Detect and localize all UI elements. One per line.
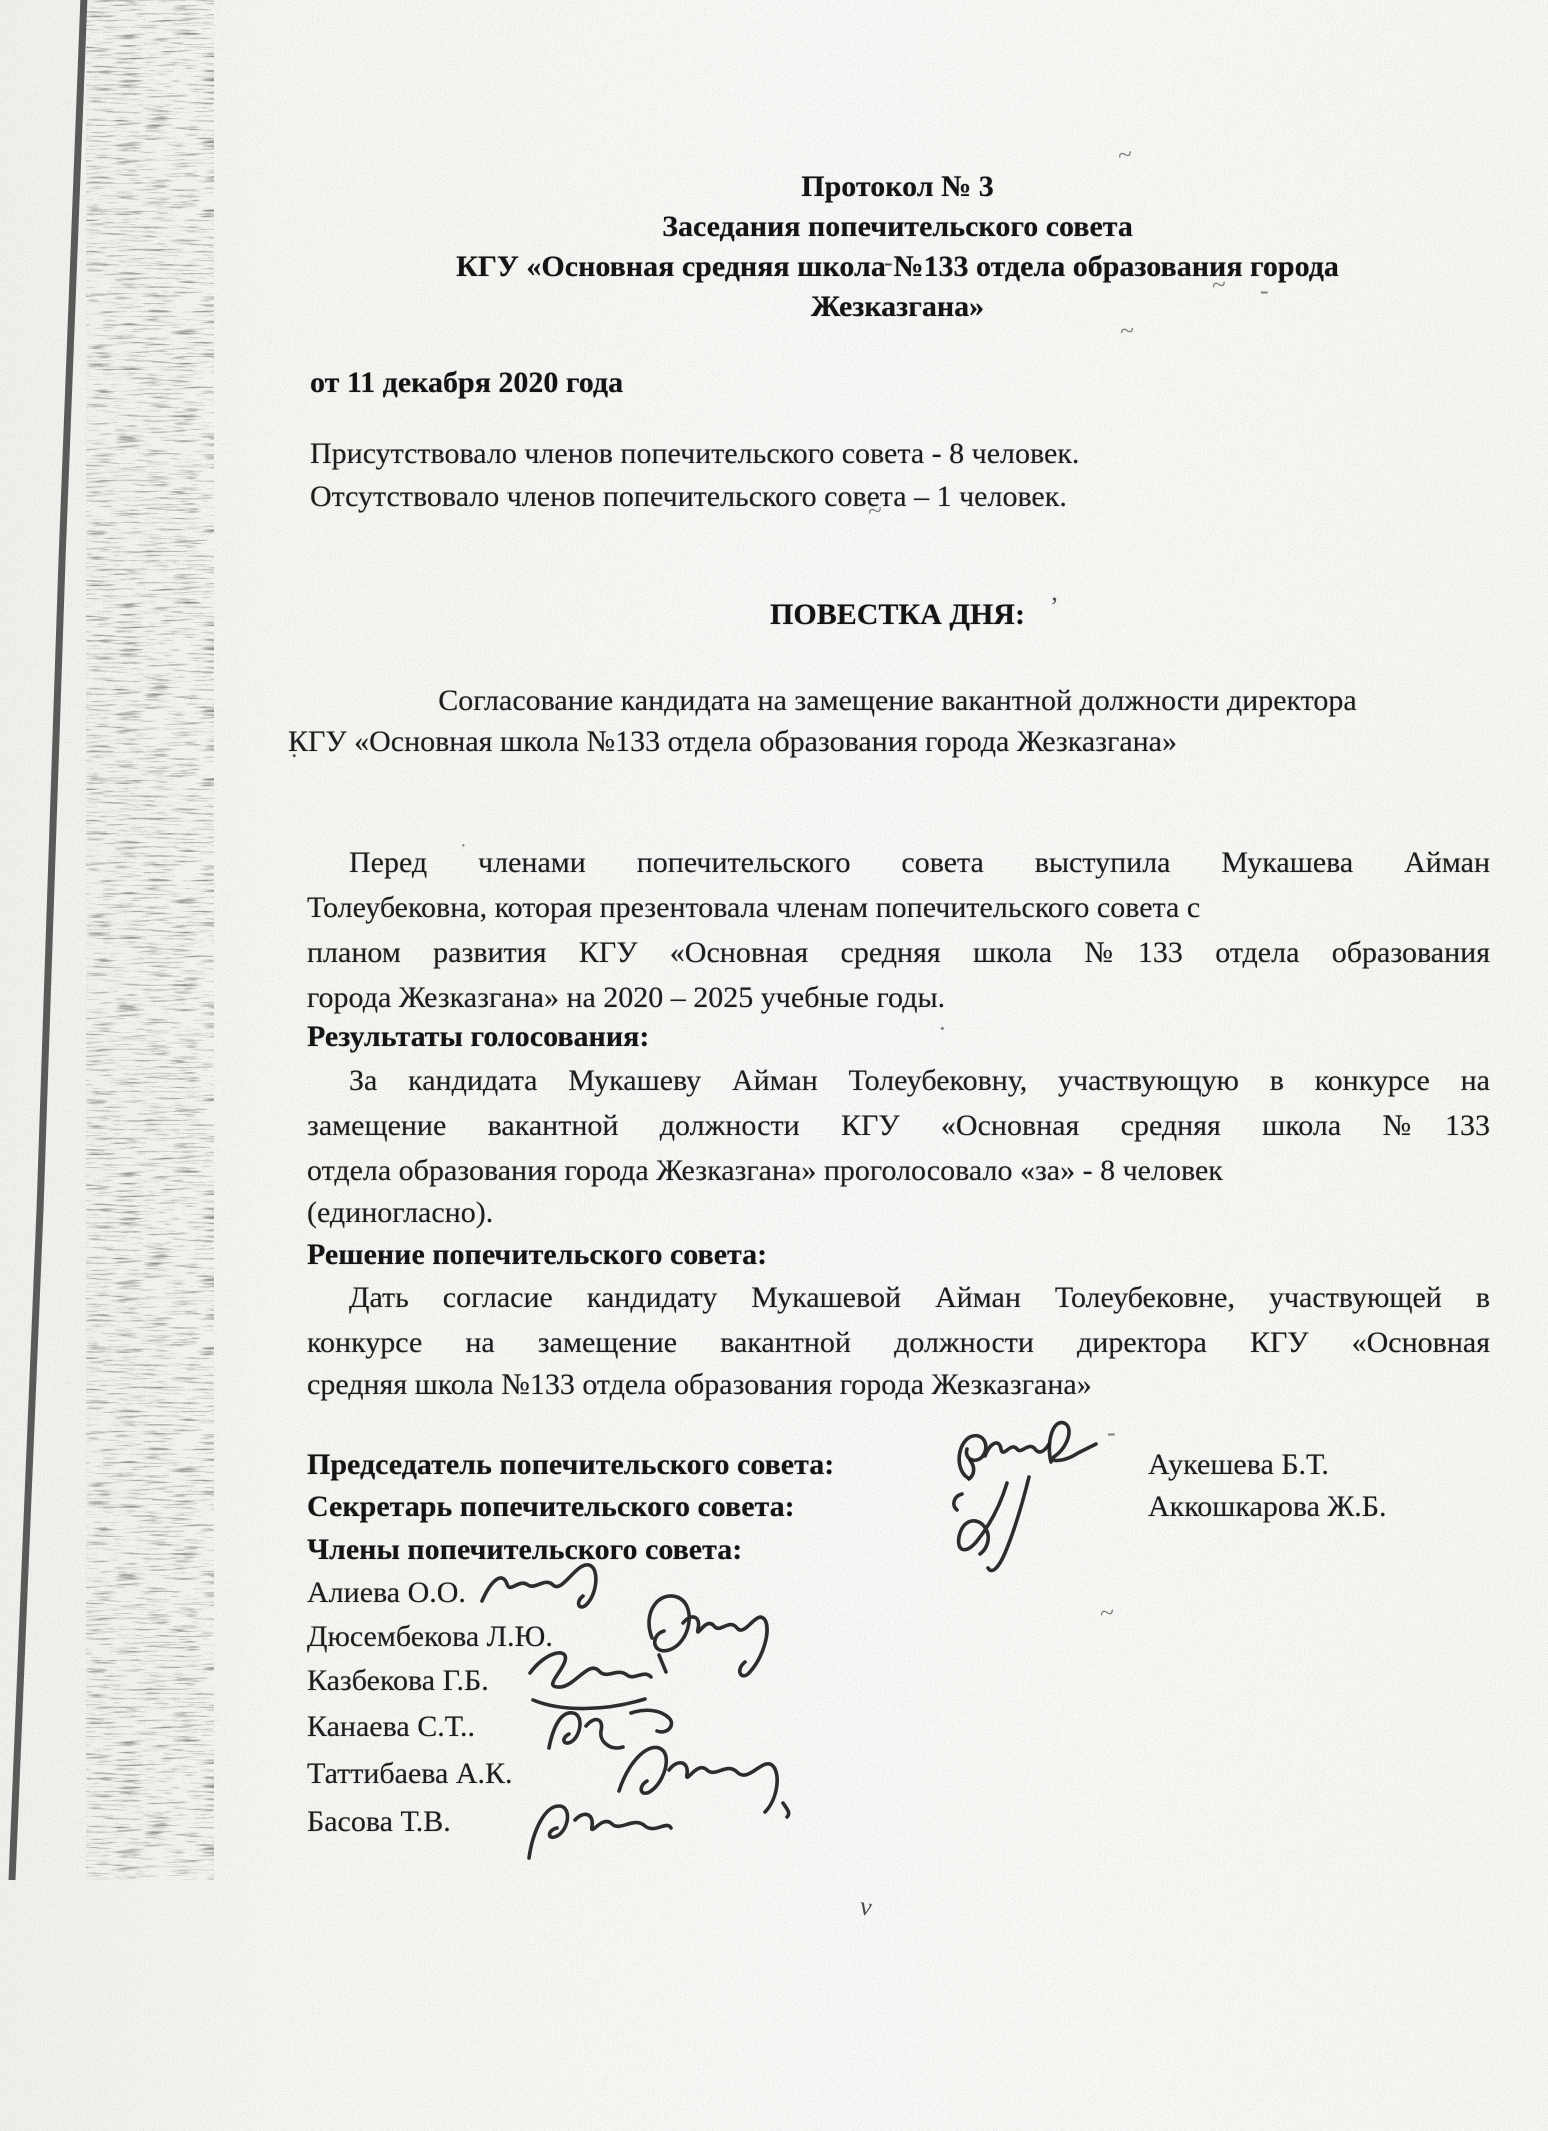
member-signature-alieva [482,1565,596,1607]
scanned-document-page: Протокол № 3 Заседания попечительского с… [0,0,1548,2131]
member-signature-kazbekova [530,1653,666,1709]
member-signature-dyusembekova [649,1596,767,1676]
member-signature-basova [529,1806,671,1858]
member-signature-kanaeva [549,1710,671,1748]
chairman-signature [959,1423,1096,1479]
member-signature-tattibaeva [619,1747,789,1817]
secretary-signature [954,1477,1029,1571]
handwritten-signatures [0,0,1548,2131]
